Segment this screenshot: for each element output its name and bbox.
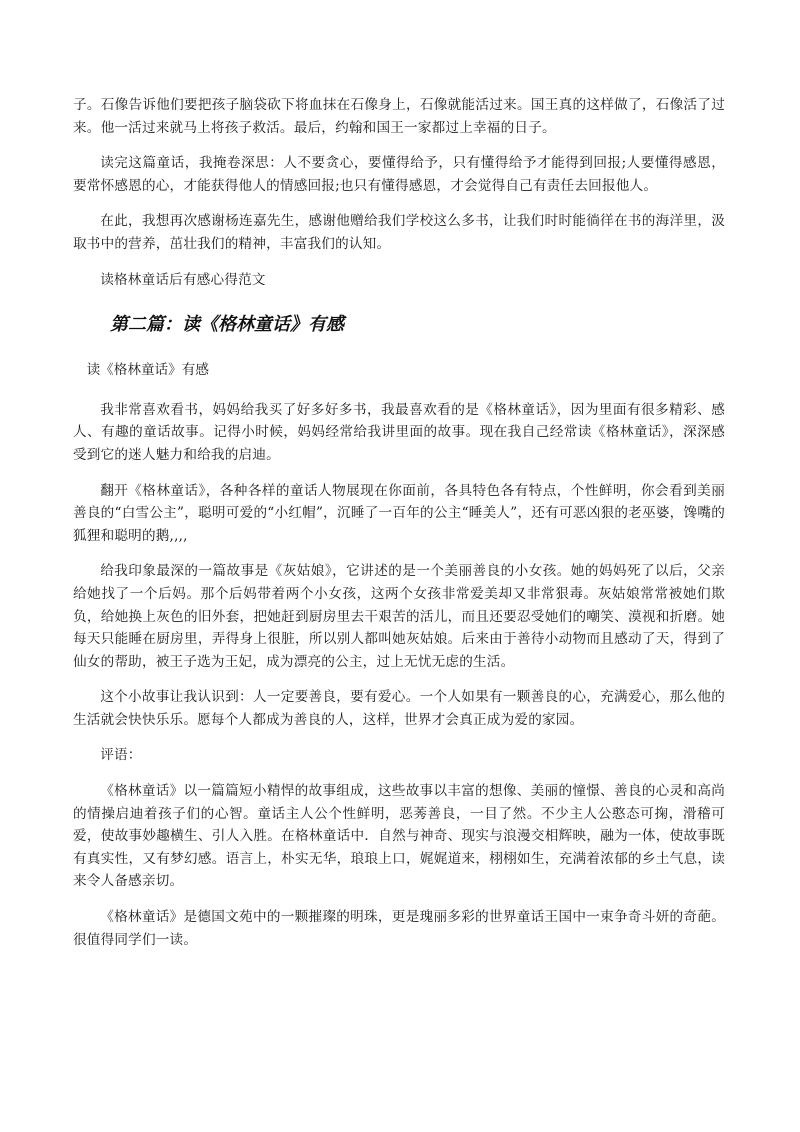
paragraph-intro: 我非常喜欢看书，妈妈给我买了好多好多书，我最喜欢看的是《格林童话》，因为里面有很… — [73, 399, 725, 467]
paragraph-lesson: 这个小故事让我认识到：人一定要善良，要有爱心。一个人如果有一颗善良的心，充满爱心… — [73, 686, 725, 731]
paragraph-conclusion: 《格林童话》是德国文苑中的一颗摧璨的明珠，更是瑰丽多彩的世界童话王国中一束争奇斗… — [73, 906, 725, 951]
paragraph-cinderella: 给我印象最深的一篇故事是《灰姑娘》，它讲述的是一个美丽善良的小女孩。她的妈妈死了… — [73, 560, 725, 673]
document-page: 子。石像告诉他们要把孩子脑袋砍下将血抹在石像身上，石像就能活过来。国王真的这样做… — [73, 94, 725, 964]
paragraph-characters: 翻开《格林童话》，各种各样的童话人物展现在你面前，各具特色各有特点，个性鲜明，你… — [73, 480, 725, 548]
paragraph-sample-title: 读格林童话后有感心得范文 — [73, 269, 725, 292]
essay-subtitle: 读《格林童话》有感 — [73, 359, 725, 382]
paragraph-reflection: 读完这篇童话，我掩卷深思：人不要贪心，要懂得给予，只有懂得给予才能得到回报;人要… — [73, 152, 725, 197]
paragraph-story-ending: 子。石像告诉他们要把孩子脑袋砍下将血抹在石像身上，石像就能活过来。国王真的这样做… — [73, 94, 725, 139]
comment-label: 评语： — [73, 744, 725, 767]
section-heading: 第二篇：读《格林童话》有感 — [110, 313, 725, 337]
paragraph-comment: 《格林童话》以一篇篇短小精悍的故事组成，这些故事以丰富的想像、美丽的憧憬、善良的… — [73, 780, 725, 893]
paragraph-thanks: 在此，我想再次感谢杨连嘉先生，感谢他赠给我们学校这么多书，让我们时时能徜徉在书的… — [73, 210, 725, 255]
